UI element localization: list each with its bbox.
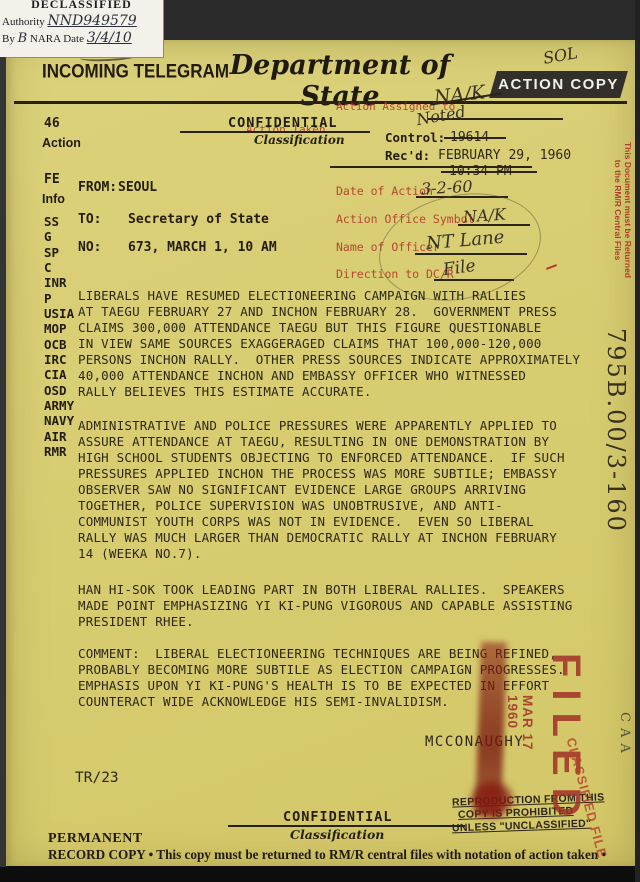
routing-item: CIA: [44, 367, 74, 382]
from-label: FROM:: [78, 180, 117, 195]
classification-bottom-label: Classification: [290, 827, 384, 842]
no-value: 673, MARCH 1, 10 AM: [128, 240, 277, 255]
received-time-strike: [441, 171, 537, 173]
to-value: Secretary of State: [128, 212, 269, 227]
classification-bottom-value: CONFIDENTIAL: [283, 809, 393, 825]
by-label: By: [2, 33, 15, 45]
photo-edge-left: [0, 57, 6, 867]
received-date: FEBRUARY 29, 1960: [438, 148, 571, 163]
by-initials-handwriting: B: [18, 31, 28, 46]
routing-item: AIR: [44, 429, 74, 444]
rmr-return-note: This Document must be Returned to the RM…: [613, 104, 633, 316]
rmr-return-note-line2: to the RM/R Central Files: [613, 104, 623, 316]
declassified-title: DECLASSIFIED: [0, 0, 163, 12]
photo-edge-right: [635, 0, 640, 882]
photo-edge-bottom: [0, 866, 640, 882]
routing-item: USIA: [44, 306, 74, 321]
from-value: SEOUL: [118, 180, 157, 195]
file-number-annotation: 795B.00/3-160: [602, 328, 630, 574]
routing-item: SP: [44, 245, 74, 260]
declassification-stamp-box: DECLASSIFIED Authority NND949579 By B NA…: [0, 0, 164, 58]
routing-item: C: [44, 260, 74, 275]
routing-item: P: [44, 291, 74, 306]
nara-date-value-handwriting: 3/4/10: [87, 30, 132, 46]
routing-item: OCB: [44, 337, 74, 352]
routing-fe: FE: [44, 172, 60, 187]
routing-number: 46: [44, 116, 60, 131]
tr-number: TR/23: [75, 770, 119, 786]
authority-label: Authority: [2, 16, 45, 28]
authority-line: Authority NND949579: [2, 13, 163, 29]
record-copy-note: RECORD COPY • This copy must be returned…: [48, 847, 634, 863]
routing-item: OSD: [44, 383, 74, 398]
permanent-label: PERMANENT: [48, 831, 143, 847]
header-rule: [14, 101, 627, 104]
action-copy-label: ACTION COPY: [493, 71, 624, 98]
routing-item: INR: [44, 275, 74, 290]
red-ink-blob: [472, 782, 512, 816]
no-label: NO:: [78, 240, 101, 255]
paragraph-2: ADMINISTRATIVE AND POLICE PRESSURES WERE…: [78, 418, 565, 562]
caa-pencil-annotation: CAA: [617, 712, 632, 770]
routing-distribution-list: SSGSPCINRPUSIAMOPOCBIRCCIAOSDARMYNAVYAIR…: [44, 214, 74, 460]
red-check-mark: [546, 264, 557, 270]
control-strike: [444, 137, 506, 139]
routing-item: RMR: [44, 444, 74, 459]
rmr-return-note-line1: This Document must be Returned: [623, 104, 633, 316]
sol-handwriting: SOL: [542, 43, 579, 68]
authority-value-handwriting: NND949579: [48, 13, 137, 29]
scanned-telegram-photo: INCOMING TELEGRAM Department of State AC…: [0, 0, 640, 882]
nara-date-line: By B NARA Date 3/4/10: [2, 30, 163, 46]
paragraph-3: HAN HI-SOK TOOK LEADING PART IN BOTH LIB…: [78, 582, 572, 630]
nara-date-label: NARA Date: [30, 33, 84, 45]
action-copy-stamp: ACTION COPY: [489, 71, 628, 98]
received-label: Rec'd:: [385, 148, 430, 163]
routing-item: NAVY: [44, 413, 74, 428]
control-label: Control:: [385, 130, 445, 145]
routing-item: MOP: [44, 321, 74, 336]
routing-info-label: Info: [42, 192, 65, 206]
classification-top-label: Classification: [254, 133, 345, 147]
telegram-paper: INCOMING TELEGRAM Department of State AC…: [6, 40, 635, 867]
classification-top-value: CONFIDENTIAL: [228, 115, 338, 131]
routing-item: ARMY: [44, 398, 74, 413]
routing-item: G: [44, 229, 74, 244]
routing-item: IRC: [44, 352, 74, 367]
filed-date-stamp: MAR 17 1960: [505, 695, 535, 781]
paragraph-1: LIBERALS HAVE RESUMED ELECTIONEERING CAM…: [78, 288, 580, 400]
routing-action-label: Action: [42, 136, 81, 150]
routing-item: SS: [44, 214, 74, 229]
to-label: TO:: [78, 212, 101, 227]
